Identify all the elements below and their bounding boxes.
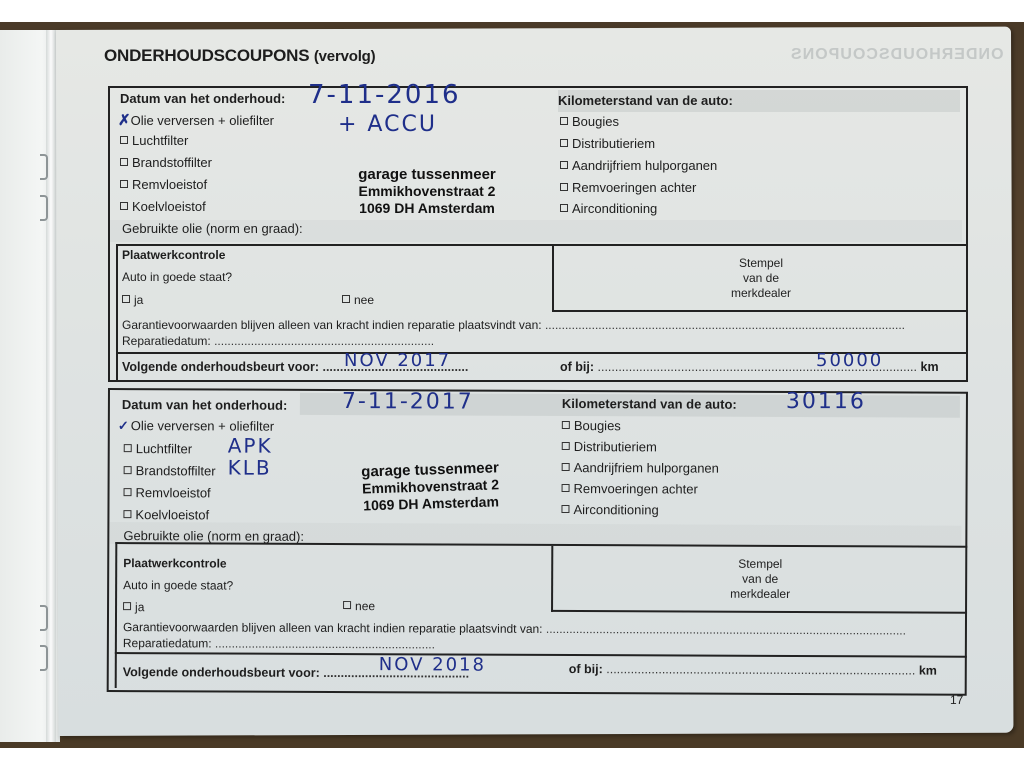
garage-stamp: garage tussenmeer Emmikhovenstraat 2 106… bbox=[345, 459, 516, 515]
warranty-text: Garantievoorwaarden blijven alleen van k… bbox=[122, 318, 905, 332]
staple-icon bbox=[40, 605, 48, 631]
repair-date-label: Reparatiedatum: bbox=[122, 334, 211, 348]
checkbox-icon[interactable] bbox=[124, 488, 132, 496]
oil-label: Gebruikte olie (norm en graad): bbox=[122, 221, 303, 236]
check-mark-icon: ✓ bbox=[118, 418, 129, 433]
checklist-item[interactable]: Distributieriem bbox=[562, 439, 657, 454]
checklist-item[interactable]: Remvloeistof bbox=[124, 485, 211, 500]
stamp-city: 1069 DH Amsterdam bbox=[342, 200, 512, 217]
or-at-label: of bij: bbox=[560, 360, 594, 374]
checkbox-icon[interactable] bbox=[124, 444, 132, 452]
checklist-item[interactable]: Bougies bbox=[562, 418, 621, 433]
checklist-label: Brandstoffilter bbox=[132, 155, 212, 170]
date-handwritten[interactable]: 7-11-2017 bbox=[342, 389, 474, 415]
check-x-icon: ✗ bbox=[118, 112, 131, 129]
checkbox-icon[interactable] bbox=[120, 136, 128, 144]
date-label: Datum van het onderhoud: bbox=[120, 91, 285, 106]
checklist-item[interactable]: Aandrijfriem hulporganen bbox=[560, 158, 717, 173]
checklist-label: Bougies bbox=[574, 418, 621, 433]
date-label: Datum van het onderhoud: bbox=[122, 397, 287, 413]
checklist-label: Luchtfilter bbox=[132, 133, 188, 148]
checklist-item[interactable]: Airconditioning bbox=[561, 502, 658, 517]
checklist-label: Aandrijfriem hulporganen bbox=[574, 460, 719, 476]
or-at-label: of bij: bbox=[569, 662, 603, 676]
checklist-label: Olie verversen + oliefilter bbox=[131, 418, 274, 434]
checkbox-icon[interactable] bbox=[560, 183, 568, 191]
checklist-item[interactable]: Luchtfilter bbox=[120, 133, 188, 148]
odometer-handwritten[interactable]: 30116 bbox=[786, 389, 866, 414]
checkbox-icon[interactable] bbox=[122, 295, 130, 303]
dealer-stamp-line: merkdealer bbox=[554, 286, 968, 301]
checkbox-icon[interactable] bbox=[562, 484, 570, 492]
condition-question: Auto in goede staat? bbox=[123, 578, 233, 592]
option-label: nee bbox=[354, 293, 374, 307]
checklist-label: Luchtfilter bbox=[136, 441, 192, 456]
option-label: ja bbox=[135, 600, 144, 614]
checklist-item[interactable]: Aandrijfriem hulporganen bbox=[562, 460, 719, 476]
checkbox-icon[interactable] bbox=[120, 180, 128, 188]
checklist-item[interactable]: Remvoeringen achter bbox=[562, 481, 698, 497]
checkbox-icon[interactable] bbox=[560, 161, 568, 169]
stamp-name: garage tussenmeer bbox=[342, 166, 512, 183]
option-label: ja bbox=[134, 293, 143, 307]
checkbox-icon[interactable] bbox=[343, 601, 351, 609]
option-yes[interactable]: ja bbox=[123, 600, 144, 614]
dealer-stamp-box: Stempel van de merkdealer bbox=[551, 546, 967, 614]
checkbox-icon[interactable] bbox=[342, 295, 350, 303]
checklist-label: Remvloeistof bbox=[136, 485, 211, 500]
extra-note-handwritten[interactable]: + ACCU bbox=[338, 112, 437, 137]
checklist-item[interactable]: ✗Olie verversen + oliefilter bbox=[118, 111, 274, 129]
page-title: ONDERHOUDSCOUPONS (vervolg) bbox=[104, 46, 375, 66]
coupon-1: Datum van het onderhoud: 7-11-2016 + ACC… bbox=[108, 86, 968, 382]
dealer-stamp-line: Stempel bbox=[554, 256, 968, 271]
title-main: ONDERHOUDSCOUPONS bbox=[104, 46, 309, 65]
bodywork-label: Plaatwerkcontrole bbox=[123, 556, 226, 570]
warranty-label: Garantievoorwaarden blijven alleen van k… bbox=[123, 620, 543, 636]
checklist-item[interactable]: ✓Olie verversen + oliefilter bbox=[118, 418, 274, 435]
checklist-item[interactable]: Luchtfilter bbox=[124, 441, 192, 456]
option-no[interactable]: nee bbox=[343, 599, 375, 613]
checklist-item[interactable]: Airconditioning bbox=[560, 201, 657, 216]
checklist-label: Remvloeistof bbox=[132, 177, 207, 192]
repair-date-field[interactable]: Reparatiedatum: ........................… bbox=[122, 334, 434, 348]
km-handwritten[interactable]: 50000 bbox=[816, 350, 883, 371]
checklist-item[interactable]: Koelvloeistof bbox=[123, 507, 209, 522]
dealer-stamp-box: Stempel van de merkdealer bbox=[552, 246, 968, 312]
km-unit: km bbox=[919, 664, 937, 678]
next-service-label: Volgende onderhoudsbeurt voor: bbox=[123, 665, 320, 680]
odometer-label: Kilometerstand van de auto: bbox=[558, 93, 733, 108]
checklist-label: Airconditioning bbox=[573, 502, 658, 517]
checkbox-icon[interactable] bbox=[560, 139, 568, 147]
checkbox-icon[interactable] bbox=[120, 158, 128, 166]
checklist-item[interactable]: Koelvloeistof bbox=[120, 199, 206, 214]
checklist-label: Bougies bbox=[572, 114, 619, 129]
dealer-stamp-line: van de bbox=[554, 271, 968, 286]
checklist-item[interactable]: Remvloeistof bbox=[120, 177, 207, 192]
checklist-label: Koelvloeistof bbox=[132, 199, 206, 214]
extra-note-handwritten[interactable]: APK KLB bbox=[228, 435, 273, 479]
checklist-item[interactable]: Remvoeringen achter bbox=[560, 180, 696, 195]
staple-icon bbox=[40, 154, 48, 180]
checkbox-icon[interactable] bbox=[560, 117, 568, 125]
checkbox-icon[interactable] bbox=[562, 421, 570, 429]
km-field[interactable]: of bij: ................................… bbox=[569, 662, 937, 678]
checkbox-icon[interactable] bbox=[120, 202, 128, 210]
checkbox-icon[interactable] bbox=[124, 466, 132, 474]
checklist-label: Remvoeringen achter bbox=[572, 180, 696, 195]
checklist-label: Distributieriem bbox=[574, 439, 657, 454]
garage-stamp: garage tussenmeer Emmikhovenstraat 2 106… bbox=[342, 166, 512, 217]
coupon-2: Datum van het onderhoud: 7-11-2017 APK K… bbox=[107, 388, 968, 696]
repair-date-field[interactable]: Reparatiedatum: ........................… bbox=[123, 636, 435, 651]
checklist-item[interactable]: Brandstoffilter bbox=[124, 463, 216, 478]
checkbox-icon[interactable] bbox=[123, 510, 131, 518]
checkbox-icon[interactable] bbox=[561, 505, 569, 513]
dealer-stamp-line: merkdealer bbox=[553, 586, 967, 603]
date-handwritten[interactable]: 7-11-2016 bbox=[308, 80, 461, 110]
checklist-label: Brandstoffilter bbox=[136, 463, 216, 478]
next-service-handwritten[interactable]: NOV 2017 bbox=[344, 350, 451, 371]
staple-icon bbox=[40, 645, 48, 671]
booklet-spine bbox=[46, 30, 56, 742]
staple-icon bbox=[40, 195, 48, 221]
checklist-label: Distributieriem bbox=[572, 136, 655, 151]
checklist-label: Koelvloeistof bbox=[135, 507, 209, 522]
checkbox-icon[interactable] bbox=[123, 602, 131, 610]
checklist-item[interactable]: Distributieriem bbox=[560, 136, 655, 151]
checkbox-icon[interactable] bbox=[562, 442, 570, 450]
checkbox-icon[interactable] bbox=[562, 463, 570, 471]
checklist-item[interactable]: Bougies bbox=[560, 114, 619, 129]
checklist-label: Olie verversen + oliefilter bbox=[131, 113, 274, 128]
checklist-label: Remvoeringen achter bbox=[574, 481, 698, 497]
page-number: 17 bbox=[950, 693, 963, 707]
checklist-label: Airconditioning bbox=[572, 201, 657, 216]
checklist-item[interactable]: Brandstoffilter bbox=[120, 155, 212, 170]
option-no[interactable]: nee bbox=[342, 293, 374, 307]
title-suffix: (vervolg) bbox=[314, 48, 376, 65]
option-label: nee bbox=[355, 599, 375, 613]
next-service-handwritten[interactable]: NOV 2018 bbox=[379, 654, 486, 675]
option-yes[interactable]: ja bbox=[122, 293, 143, 307]
repair-date-label: Reparatiedatum: bbox=[123, 636, 212, 650]
checklist-label: Aandrijfriem hulporganen bbox=[572, 158, 717, 173]
next-service-label: Volgende onderhoudsbeurt voor: bbox=[122, 360, 319, 374]
bleed-through-text: ONDERHOUDSCOUPONS bbox=[790, 46, 1003, 64]
stamp-street: Emmikhovenstraat 2 bbox=[342, 183, 512, 200]
checkbox-icon[interactable] bbox=[560, 204, 568, 212]
bodywork-label: Plaatwerkcontrole bbox=[122, 248, 225, 262]
condition-question: Auto in goede staat? bbox=[122, 270, 232, 284]
odometer-label: Kilometerstand van de auto: bbox=[562, 396, 737, 412]
warranty-label: Garantievoorwaarden blijven alleen van k… bbox=[122, 318, 542, 332]
km-unit: km bbox=[921, 360, 939, 374]
